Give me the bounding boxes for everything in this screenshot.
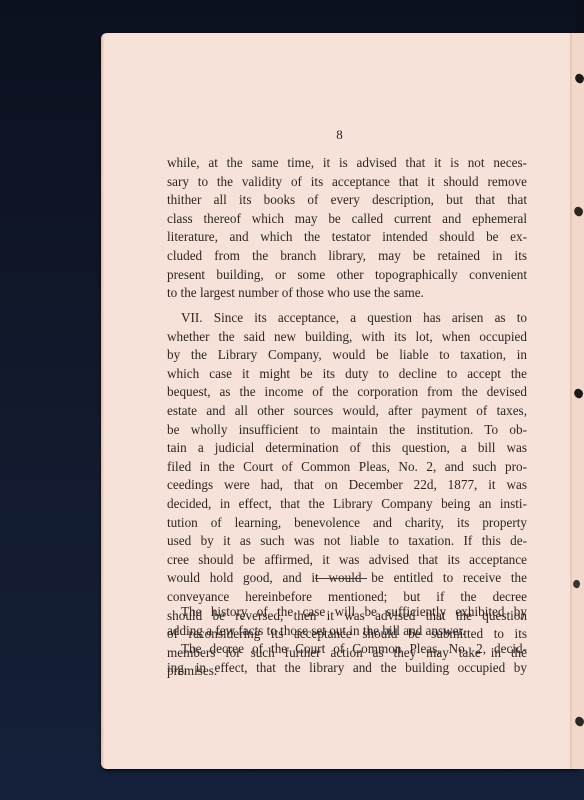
text-line: present building, or some other topograp… [167, 266, 527, 285]
text-line: sary to the validity of its acceptance t… [167, 173, 527, 192]
text-line: used by it as such was not liable to tax… [167, 532, 527, 551]
text-line: cluded from the branch library, may be r… [167, 247, 527, 266]
adjacent-page-edge [572, 33, 584, 769]
text-line: filed in the Court of Common Pleas, No. … [167, 458, 527, 477]
text-line: ceedings were had, that on December 22d,… [167, 476, 527, 495]
section-divider [315, 578, 367, 579]
text-line: estate and all other sources would, afte… [167, 402, 527, 421]
text-line: be wholly insufficient to maintain the i… [167, 421, 527, 440]
text-line: The history of the case will be sufficie… [167, 603, 527, 622]
text-line: bequest, as the income of the corporatio… [167, 383, 527, 402]
text-line: adding a few facts to those set out in t… [167, 622, 527, 641]
text-line: by the Library Company, would be liable … [167, 346, 527, 365]
text-line: decided, in effect, that the Library Com… [167, 495, 527, 514]
page-fold-line [570, 33, 572, 769]
text-line: which case it might be its duty to decli… [167, 365, 527, 384]
text-line: tain a judicial determination of this qu… [167, 439, 527, 458]
text-line: The decree of the Court of Common Pleas,… [167, 640, 527, 659]
text-line: whether the said new building, with its … [167, 328, 527, 347]
text-line: cree should be affirmed, it was advised … [167, 551, 527, 570]
text-line: thither all its books of every descripti… [167, 191, 527, 210]
text-line: literature, and which the testator inten… [167, 228, 527, 247]
document-page: 8 while, at the same time, it is advised… [101, 33, 578, 769]
paragraph-history: The history of the case will be sufficie… [167, 603, 527, 677]
page-number: 8 [101, 127, 578, 143]
paragraph-continuation: while, at the same time, it is advised t… [167, 154, 527, 303]
text-line: VII. Since its acceptance, a question ha… [167, 309, 527, 328]
text-line: ing, in effect, that the library and the… [167, 659, 527, 678]
text-line: to the largest number of those who use t… [167, 284, 527, 303]
text-line: class thereof which may be called curren… [167, 210, 527, 229]
text-line: tution of learning, benevolence and char… [167, 514, 527, 533]
scanned-page-background: 8 while, at the same time, it is advised… [0, 0, 584, 800]
text-line: while, at the same time, it is advised t… [167, 154, 527, 173]
